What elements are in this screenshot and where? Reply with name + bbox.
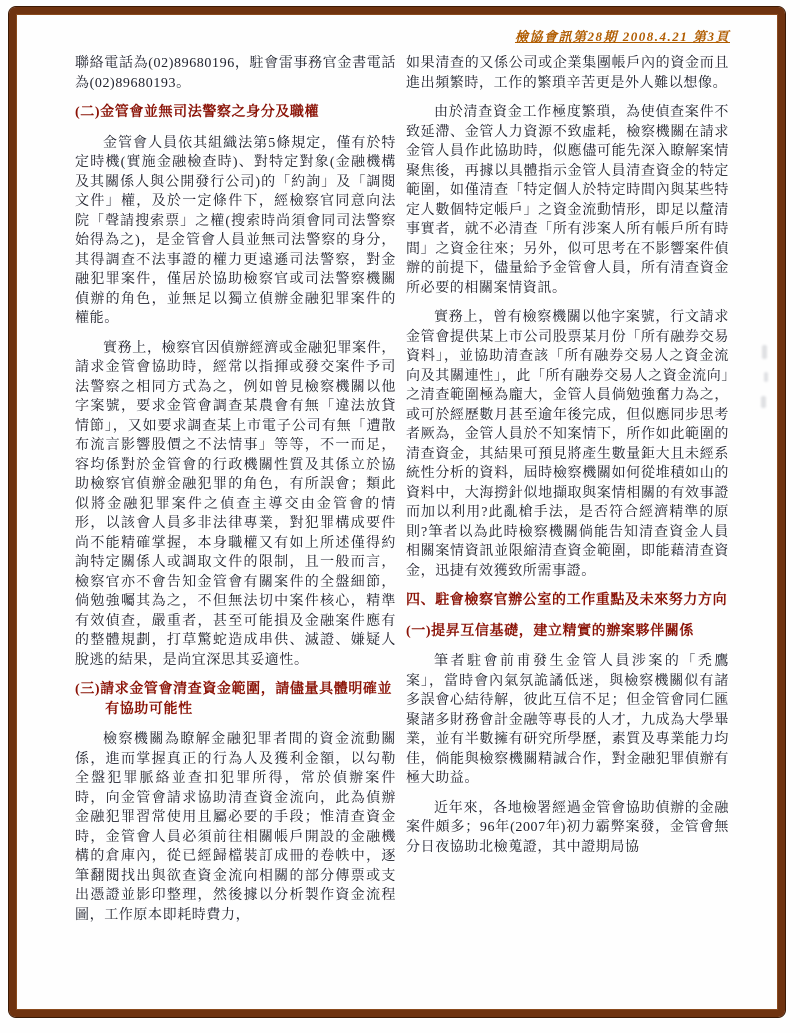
scanned-journal-page: 檢協會訊第28期 2008.4.21 第3頁 聯絡電話為(02)89680196… (0, 0, 800, 1033)
journal-issue-label: 檢協會訊第28期 2008.4.21 第3頁 (515, 29, 730, 44)
body-paragraph: 如果清查的又係公司或企業集團帳戶內的資金而且進出頻繁時，工作的繁瑣辛苦更是外人難… (406, 54, 729, 93)
body-paragraph: 實務上，檢察官因偵辦經濟或金融犯罪案件，請求金管會協助時，經常以指揮或發交案件予… (75, 339, 396, 671)
scan-artifact (762, 345, 767, 359)
body-paragraph: 檢察機關為瞭解金融犯罪者間的資金流動關係，進而掌握真正的行為人及獲利金額，以勾勒… (75, 730, 396, 925)
section-heading: (三)請求金管會清查資金範圍，請儘量具體明確並有協助可能性 (75, 680, 396, 719)
body-paragraph: 筆者駐會前甫發生金管人員涉案的「禿鷹案」，當時會內氣氛詭譎低迷，與檢察機關似有諸… (406, 652, 729, 789)
body-paragraph: 金管會人員依其組織法第5條規定，僅有於特定時機(實施金融檢查時)、對特定對象(金… (75, 134, 396, 329)
body-paragraph: 近年來，各地檢署經過金管會協助偵辦的金融案件頗多；96年(2007年)初力霸弊案… (406, 799, 729, 858)
page-header: 檢協會訊第28期 2008.4.21 第3頁 (0, 26, 730, 45)
scan-artifact (761, 396, 766, 408)
section-heading: 四、駐會檢察官辦公室的工作重點及未來努力方向 (406, 591, 729, 611)
body-paragraph: 聯絡電話為(02)89680196，駐會雷事務官金書電話為(02)8968019… (75, 54, 396, 93)
body-paragraph: 由於清查資金工作極度繁瑣，為使偵查案件不致延滯、金管人力資源不致虛耗，檢察機關在… (406, 103, 729, 298)
section-heading: (一)提昇互信基礎，建立精實的辦案夥伴關係 (406, 622, 729, 642)
scan-artifact (764, 372, 768, 382)
right-column: 如果清查的又係公司或企業集團帳戶內的資金而且進出頻繁時，工作的繁瑣辛苦更是外人難… (406, 54, 729, 1012)
body-paragraph: 實務上，曾有檢察機關以他字案號，行文請求金管會提供某上市公司股票某月份「所有融券… (406, 308, 729, 581)
section-heading: (二)金管會並無司法警察之身分及職權 (75, 103, 396, 123)
left-column: 聯絡電話為(02)89680196，駐會雷事務官金書電話為(02)8968019… (75, 54, 396, 1012)
